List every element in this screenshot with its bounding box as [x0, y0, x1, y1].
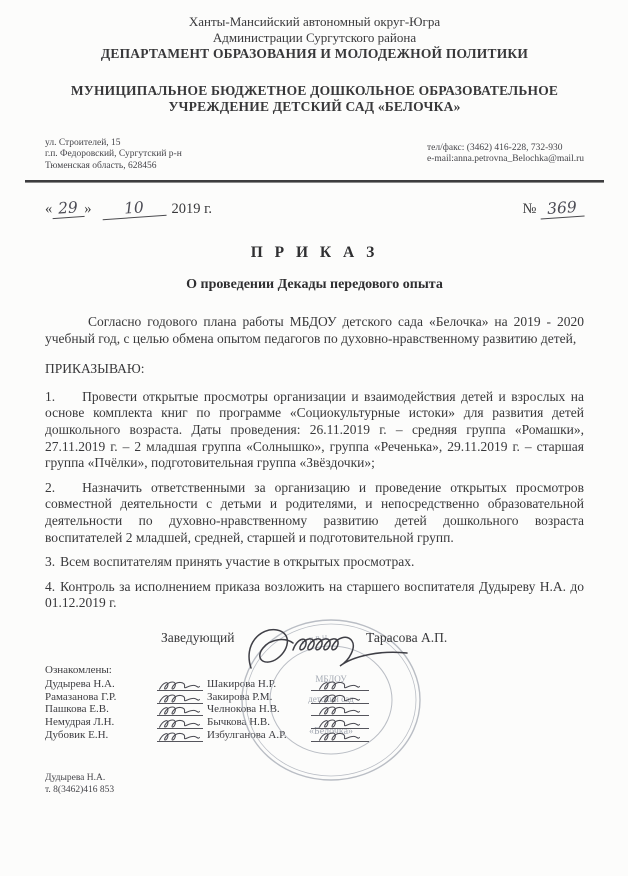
horizontal-rule [25, 180, 604, 183]
ack-signature-icon [311, 679, 369, 691]
item-text: Провести открытые просмотры организации … [45, 389, 584, 470]
address-line2: г.п. Федоровский, Сургутский р-н [45, 149, 182, 161]
order-item-3: 3.Всем воспитателям принять участие в от… [45, 554, 584, 571]
letterhead-line2: Администрации Сургутского района [45, 30, 584, 46]
item-text: Назначить ответственными за организацию … [45, 480, 584, 545]
order-item-1: 1.Провести открытые просмотры организаци… [45, 389, 584, 472]
number-sign: № [523, 201, 537, 217]
ack-name-left: Немудрая Л.Н. [45, 716, 157, 728]
ack-signature-icon [157, 717, 203, 729]
letterhead: Ханты-Мансийский автономный округ-Югра А… [45, 14, 584, 62]
acknowledgement-row: Дубовик Е.Н. Избулганова А.Р. [45, 728, 584, 741]
year-label: 2019 г. [172, 201, 213, 217]
ack-name-right: Избулганова А.Р. [207, 729, 311, 741]
item-number: 3. [45, 554, 55, 569]
date-field: «29»102019 г. [45, 199, 212, 218]
ack-name-right: Шакирова Н.Р. [207, 678, 311, 690]
letterhead-line1: Ханты-Мансийский автономный округ-Югра [45, 14, 584, 30]
ack-name-right: Челнокова Н.В. [207, 703, 311, 715]
item-number: 1. [45, 389, 55, 404]
item-text: Всем воспитателям принять участие в откр… [60, 554, 414, 569]
address-line1: ул. Строителей, 15 [45, 138, 182, 150]
ack-signature-icon [311, 730, 369, 742]
item-text: Контроль за исполнением приказа возложит… [45, 579, 584, 611]
acknowledgement-row: Рамазанова Г.Р. Закирова Р.М. [45, 690, 584, 703]
item-number: 2. [45, 480, 55, 495]
item-number: 4. [45, 579, 55, 594]
acknowledgement-rows: Дудырева Н.А. Шакирова Н.Р. Рамазанова Г… [45, 677, 584, 741]
order-word: ПРИКАЗЫВАЮ: [45, 361, 584, 378]
organization-name-line1: МУНИЦИПАЛЬНОЕ БЮДЖЕТНОЕ ДОШКОЛЬНОЕ ОБРАЗ… [45, 83, 584, 100]
ack-name-left: Дубовик Е.Н. [45, 729, 157, 741]
handwritten-day: 29 [52, 198, 85, 219]
organization-name-line2: УЧРЕЖДЕНИЕ ДЕТСКИЙ САД «БЕЛОЧКА» [45, 99, 584, 116]
department-name: ДЕПАРТАМЕНТ ОБРАЗОВАНИЯ И МОЛОДЕЖНОЙ ПОЛ… [45, 46, 584, 62]
order-item-4: 4.Контроль за исполнением приказа возлож… [45, 579, 584, 612]
executor-phone: т. 8(3462)416 853 [45, 784, 584, 796]
ack-signature-icon [311, 717, 369, 729]
handwritten-number: 369 [539, 197, 584, 219]
address-block: ул. Строителей, 15 г.п. Федоровский, Сур… [45, 138, 182, 173]
signature-line: Заведующий Тарасова А.П. [45, 630, 584, 647]
phone-email-block: тел/факс: (3462) 416-228, 732-930 e-mail… [427, 138, 584, 173]
acknowledgement-label: Ознакомлены: [45, 664, 584, 676]
ack-name-right: Закирова Р.М. [207, 691, 311, 703]
signature-section: ОГРН МБДОУ детский сад «Белочка» Заведую… [45, 630, 584, 741]
date-number-line: «29»102019 г. № 369 [45, 199, 584, 218]
acknowledgement-row: Пашкова Е.В. Челнокова Н.В. [45, 703, 584, 716]
executor-name: Дудырева Н.А. [45, 772, 584, 784]
signer-position: Заведующий [161, 630, 234, 645]
executor-block: Дудырева Н.А. т. 8(3462)416 853 [45, 772, 584, 796]
phone-fax: тел/факс: (3462) 416-228, 732-930 [427, 143, 584, 155]
ack-signature-icon [311, 704, 369, 716]
ack-name-left: Дудырева Н.А. [45, 678, 157, 690]
number-field: № 369 [523, 199, 584, 218]
document-title: П Р И К А З [45, 244, 584, 262]
ack-signature-icon [157, 679, 203, 691]
ack-signature-icon [157, 692, 203, 704]
acknowledgement-row: Дудырева Н.А. Шакирова Н.Р. [45, 677, 584, 690]
acknowledgement-row: Немудрая Л.Н. Бычкова Н.В. [45, 715, 584, 728]
organization-name: МУНИЦИПАЛЬНОЕ БЮДЖЕТНОЕ ДОШКОЛЬНОЕ ОБРАЗ… [45, 83, 584, 116]
ack-name-left: Пашкова Е.В. [45, 703, 157, 715]
quote-close: » [84, 201, 91, 217]
order-item-2: 2.Назначить ответственными за организаци… [45, 480, 584, 546]
intro-paragraph: Согласно годового плана работы МБДОУ дет… [45, 314, 584, 347]
handwritten-month: 10 [101, 197, 166, 220]
contact-block: ул. Строителей, 15 г.п. Федоровский, Сур… [45, 138, 584, 173]
document-page: Ханты-Мансийский автономный округ-Югра А… [0, 0, 628, 876]
ack-signature-icon [157, 730, 203, 742]
email: e-mail:anna.petrovna_Belochka@mail.ru [427, 154, 584, 166]
ack-signature-icon [311, 692, 369, 704]
ack-name-right: Бычкова Н.В. [207, 716, 311, 728]
ack-signature-icon [157, 704, 203, 716]
signer-name: Тарасова А.П. [366, 630, 447, 646]
address-line3: Тюменская область, 628456 [45, 161, 182, 173]
acknowledgement-block: Ознакомлены: Дудырева Н.А. Шакирова Н.Р.… [45, 664, 584, 741]
document-subtitle: О проведении Декады передового опыта [45, 277, 584, 293]
ack-name-left: Рамазанова Г.Р. [45, 691, 157, 703]
